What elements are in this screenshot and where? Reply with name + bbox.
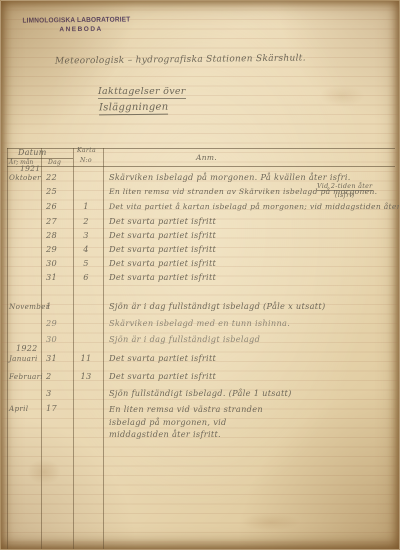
day-cell: 17 xyxy=(46,403,66,414)
day-cell: 29 xyxy=(46,244,66,255)
month-cell: Februari xyxy=(9,371,43,382)
column-header-karta: Karta xyxy=(77,147,96,154)
month-cell: Oktober xyxy=(9,172,43,183)
remark-cell: Det svarta partiet isfritt xyxy=(109,353,391,364)
karta-cell: 13 xyxy=(77,371,95,382)
laboratory-stamp: LIMNOLOGISKA LABORATORIET ANEBODA xyxy=(16,16,146,33)
table-row: 29 Skärviken isbelagd med en tunn ishinn… xyxy=(1,318,399,332)
karta-cell: 11 xyxy=(77,353,95,364)
table-row: 26 1 Det vita partiet å kartan isbelagd … xyxy=(1,201,399,215)
marginal-note-line1: Vid 2-tiden åter xyxy=(317,182,373,191)
column-header-datum: Datum xyxy=(18,148,47,157)
table-row: Februari 2 13 Det svarta partiet isfritt xyxy=(1,371,399,385)
remark-cell: Sjön är i dag fullständigt isbelagd (Pål… xyxy=(109,301,391,312)
karta-cell: 3 xyxy=(77,230,95,241)
karta-cell: 1 xyxy=(77,201,95,212)
remark-cell: Sjön fullständigt isbelagd. (Påle 1 utsa… xyxy=(109,388,391,399)
table-row: 3 Sjön fullständigt isbelagd. (Påle 1 ut… xyxy=(1,388,399,402)
remark-cell: En liten remsa vid västra stranden isbel… xyxy=(109,403,287,441)
table-row: 30 5 Det svarta partiet isfritt xyxy=(1,258,399,272)
karta-cell: 5 xyxy=(77,258,95,269)
day-cell: 30 xyxy=(46,258,66,269)
day-cell: 2 xyxy=(46,371,66,382)
table-row: November 1 Sjön är i dag fullständigt is… xyxy=(1,301,399,315)
remark-cell: Det svarta partiet isfritt xyxy=(109,371,391,382)
remark-cell: Det vita partiet å kartan isbelagd på mo… xyxy=(109,201,391,212)
karta-cell: 4 xyxy=(77,244,95,255)
day-cell: 28 xyxy=(46,230,66,241)
karta-cell: 6 xyxy=(77,272,95,283)
day-cell: 25 xyxy=(46,186,66,197)
table-row: 29 4 Det svarta partiet isfritt xyxy=(1,244,399,258)
table-row: Januari 31 11 Det svarta partiet isfritt xyxy=(1,353,399,367)
table-row: April 17 En liten remsa vid västra stran… xyxy=(1,403,399,431)
day-cell: 29 xyxy=(46,318,66,329)
day-cell: 3 xyxy=(46,388,66,399)
table-row: 28 3 Det svarta partiet isfritt xyxy=(1,230,399,244)
month-cell: April xyxy=(9,403,43,414)
stamp-line2: ANEBODA xyxy=(16,25,146,33)
day-cell: 31 xyxy=(46,353,66,364)
remark-cell: Det svarta partiet isfritt xyxy=(109,244,391,255)
remark-cell: Det svarta partiet isfritt xyxy=(109,216,391,227)
month-cell: Januari xyxy=(9,353,43,364)
paper-stain xyxy=(27,459,61,485)
month-cell: November xyxy=(9,301,43,312)
marginal-note-line2: (isfri) xyxy=(317,191,373,199)
karta-cell: 2 xyxy=(77,216,95,227)
table-row: 27 2 Det svarta partiet isfritt xyxy=(1,216,399,230)
paper-stain xyxy=(241,513,301,531)
table-row: 31 6 Det svarta partiet isfritt xyxy=(1,272,399,286)
remark-cell: Det svarta partiet isfritt xyxy=(109,258,391,269)
subtitle-line1: Iakttagelser över xyxy=(98,86,186,99)
page-title: Meteorologisk – hydrografiska Stationen … xyxy=(55,53,306,66)
table-header-top-line xyxy=(7,148,395,149)
remark-cell: Det svarta partiet isfritt xyxy=(109,272,391,283)
day-cell: 26 xyxy=(46,201,66,212)
day-cell: 1 xyxy=(46,301,66,312)
marginal-note: Vid 2-tiden åter (isfri) xyxy=(317,182,373,199)
day-cell: 27 xyxy=(46,216,66,227)
day-cell: 31 xyxy=(46,272,66,283)
paper-stain xyxy=(319,85,365,107)
remark-cell: Skärviken isbelagd med en tunn ishinna. xyxy=(109,318,391,329)
day-cell: 22 xyxy=(46,172,66,183)
column-header-remarks: Anm. xyxy=(196,153,217,162)
stamp-line1: LIMNOLOGISKA LABORATORIET xyxy=(16,16,137,24)
subtitle-line2: Isläggningen xyxy=(99,102,169,116)
document-page: LIMNOLOGISKA LABORATORIET ANEBODA Meteor… xyxy=(0,0,400,550)
remark-cell: Det svarta partiet isfritt xyxy=(109,230,391,241)
